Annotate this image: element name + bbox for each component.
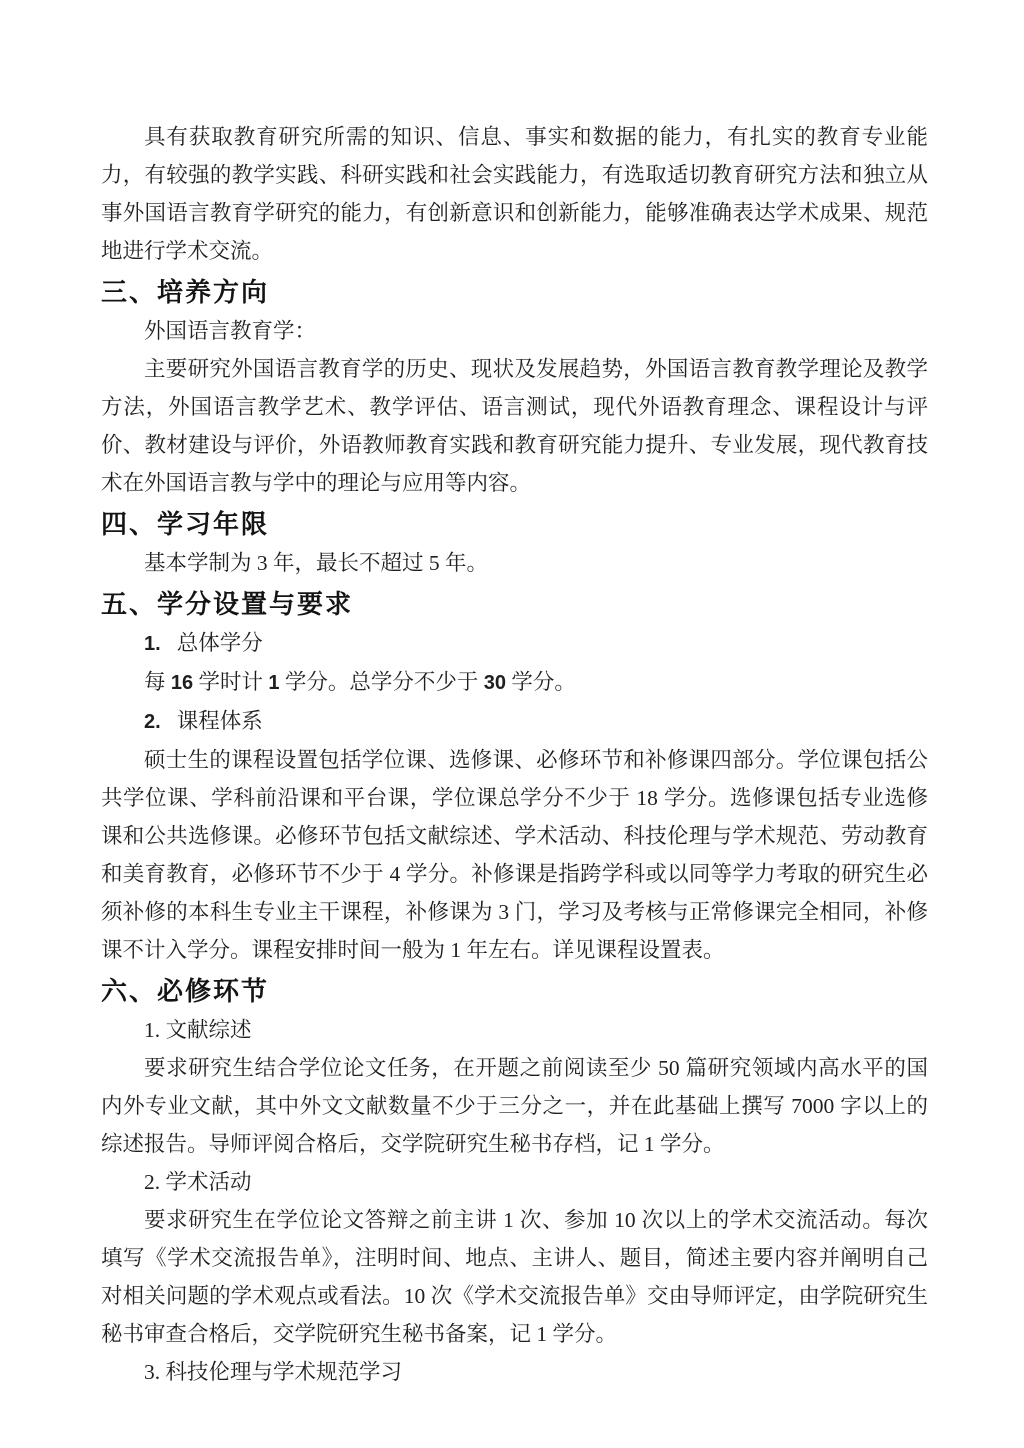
para-field-name: 外国语言教育学： xyxy=(101,312,928,350)
para-literature-review: 要求研究生结合学位论文任务，在开题之前阅读至少 50 篇研究领域内高水平的国内外… xyxy=(101,1049,928,1163)
para-course-system: 硕士生的课程设置包括学位课、选修课、必修环节和补修课四部分。学位课包括公共学位课… xyxy=(101,741,928,969)
credit-rule-number: 1 xyxy=(268,672,279,694)
para-credit-rule: 每 16 学时计 1 学分。总学分不少于 30 学分。 xyxy=(101,663,928,702)
heading-training-direction: 三、培养方向 xyxy=(101,278,928,308)
list-item-label: 课程体系 xyxy=(177,709,263,733)
credit-rule-number: 16 xyxy=(171,672,193,694)
credit-rule-text: 学分。总学分不少于 xyxy=(280,670,484,694)
heading-study-duration: 四、学习年限 xyxy=(101,510,928,540)
credit-rule-text: 学分。 xyxy=(506,670,576,694)
list-item-number: 1. xyxy=(144,633,161,655)
list-item-literature-review: 1. 文献综述 xyxy=(101,1011,928,1049)
credit-rule-number: 30 xyxy=(484,672,506,694)
credit-rule-text: 学时计 xyxy=(193,670,268,694)
heading-credit-requirements: 五、学分设置与要求 xyxy=(101,590,928,620)
list-item-label: 总体学分 xyxy=(177,631,263,655)
list-item-ethics-learning: 3. 科技伦理与学术规范学习 xyxy=(101,1353,928,1391)
list-item-course-system: 2.课程体系 xyxy=(101,702,928,741)
list-item-number: 2. xyxy=(144,711,161,733)
para-academic-activities: 要求研究生在学位论文答辩之前主讲 1 次、参加 10 次以上的学术交流活动。每次… xyxy=(101,1201,928,1353)
credit-rule-text: 每 xyxy=(144,670,171,694)
para-training-direction-detail: 主要研究外国语言教育学的历史、现状及发展趋势，外国语言教育教学理论及教学方法，外… xyxy=(101,350,928,502)
para-study-duration: 基本学制为 3 年，最长不超过 5 年。 xyxy=(101,544,928,582)
heading-required-components: 六、必修环节 xyxy=(101,977,928,1007)
para-research-ability: 具有获取教育研究所需的知识、信息、事实和数据的能力，有扎实的教育专业能力，有较强… xyxy=(101,118,928,270)
list-item-total-credits: 1.总体学分 xyxy=(101,624,928,663)
document-page: 具有获取教育研究所需的知识、信息、事实和数据的能力，有扎实的教育专业能力，有较强… xyxy=(0,0,1024,1448)
list-item-academic-activities: 2. 学术活动 xyxy=(101,1163,928,1201)
